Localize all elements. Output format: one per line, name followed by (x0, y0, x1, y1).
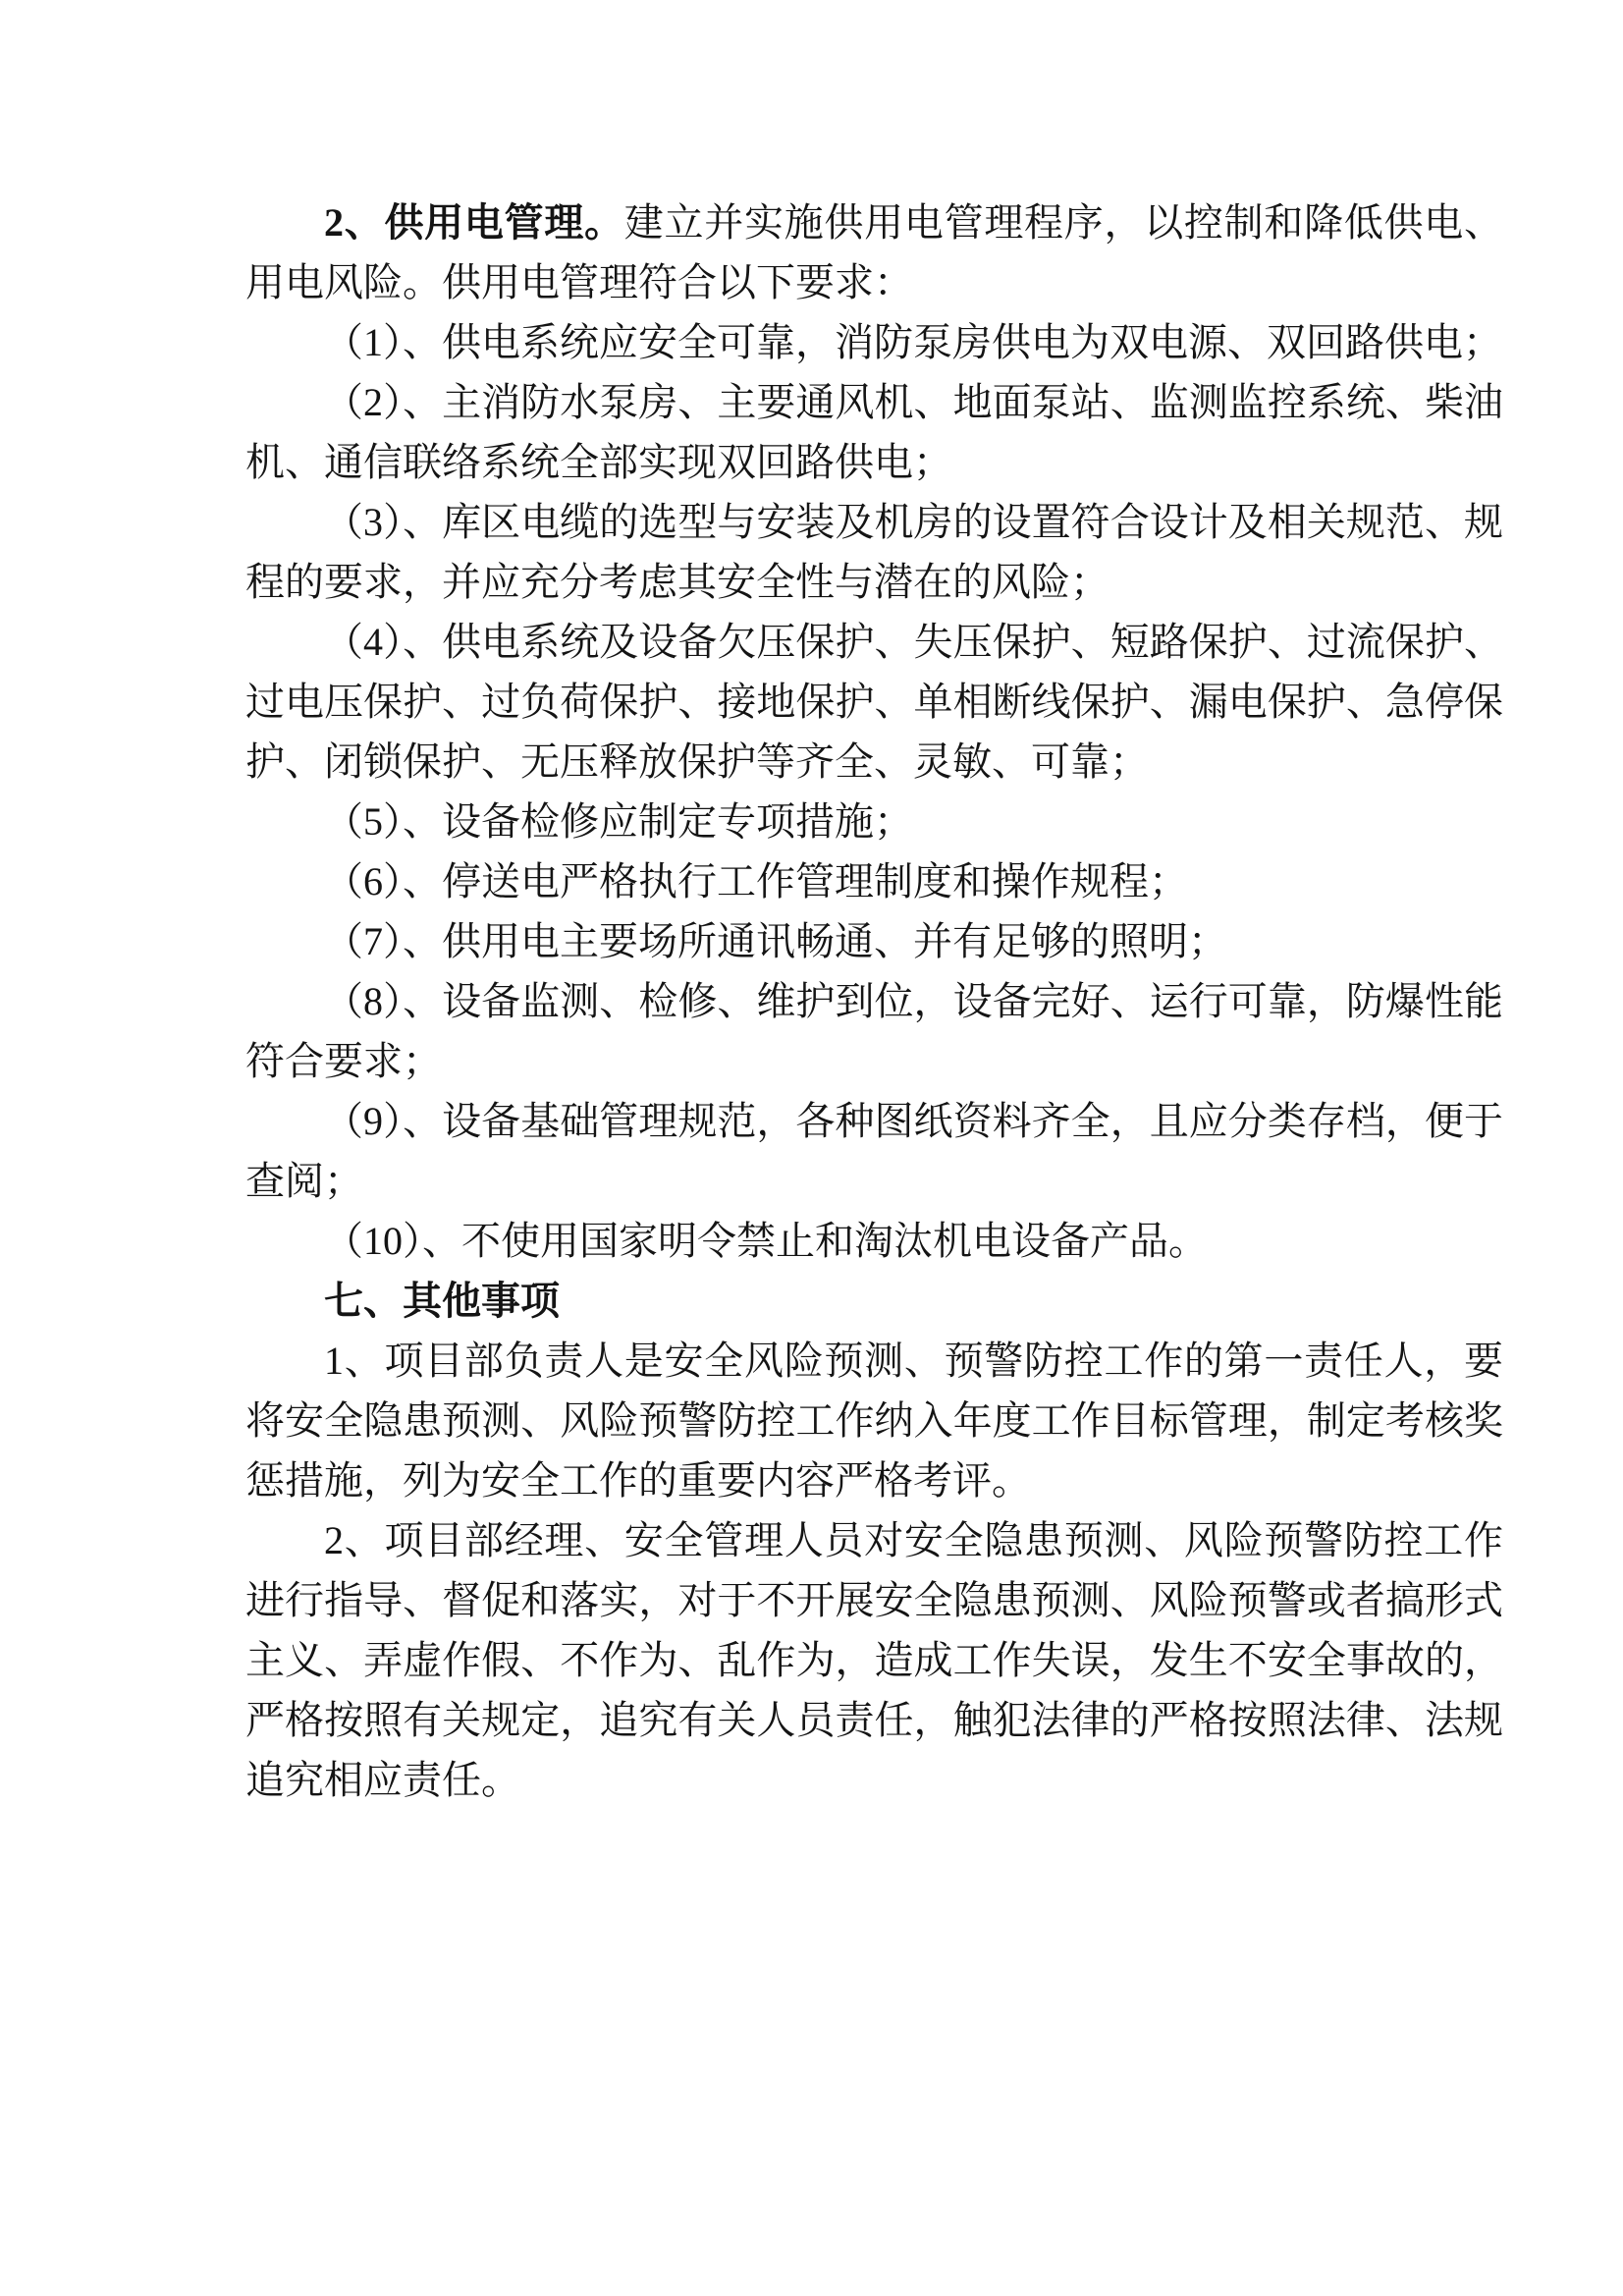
section-heading: 七、其他事项 (245, 1271, 1503, 1331)
paragraph: （7）、供用电主要场所通讯畅通、并有足够的照明； (245, 911, 1503, 971)
paragraph: （3）、库区电缆的选型与安装及机房的设置符合设计及相关规范、规程的要求，并应充分… (245, 492, 1503, 612)
paragraph: （5）、设备检修应制定专项措施； (245, 792, 1503, 851)
paragraph: 2、项目部经理、安全管理人员对安全隐患预测、风险预警防控工作进行指导、督促和落实… (245, 1510, 1503, 1810)
paragraph: 2、供用电管理。建立并实施供用电管理程序，以控制和降低供电、用电风险。供用电管理… (245, 192, 1503, 312)
paragraph: （4）、供电系统及设备欠压保护、失压保护、短路保护、过流保护、过电压保护、过负荷… (245, 612, 1503, 792)
paragraph: （1）、供电系统应安全可靠，消防泵房供电为双电源、双回路供电； (245, 312, 1503, 372)
document-page: 2、供用电管理。建立并实施供用电管理程序，以控制和降低供电、用电风险。供用电管理… (0, 0, 1623, 2296)
paragraph: （2）、主消防水泵房、主要通风机、地面泵站、监测监控系统、柴油机、通信联络系统全… (245, 372, 1503, 492)
paragraph: （6）、停送电严格执行工作管理制度和操作规程； (245, 851, 1503, 911)
paragraph: （9）、设备基础管理规范，各种图纸资料齐全，且应分类存档，便于查阅； (245, 1091, 1503, 1211)
paragraph: 1、项目部负责人是安全风险预测、预警防控工作的第一责任人，要将安全隐患预测、风险… (245, 1331, 1503, 1510)
paragraph: （10）、不使用国家明令禁止和淘汰机电设备产品。 (245, 1211, 1503, 1271)
document-body: 2、供用电管理。建立并实施供用电管理程序，以控制和降低供电、用电风险。供用电管理… (245, 192, 1503, 1810)
paragraph-bold-lead: 2、供用电管理。 (324, 200, 624, 245)
paragraph: （8）、设备监测、检修、维护到位，设备完好、运行可靠，防爆性能符合要求； (245, 971, 1503, 1091)
